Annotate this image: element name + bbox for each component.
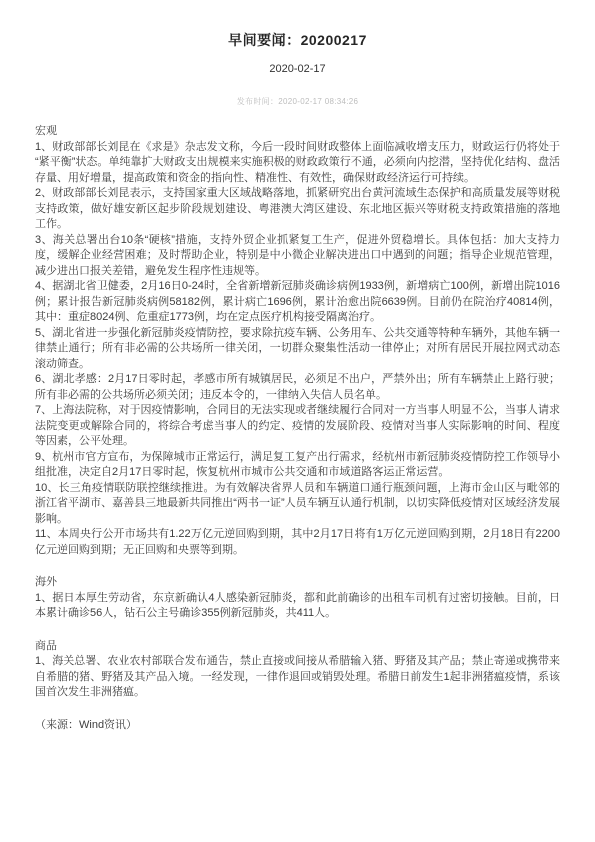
- news-item: 5、湖北省进一步强化新冠肺炎疫情防控，要求除抗疫车辆、公务用车、公共交通等特种车…: [35, 326, 560, 373]
- news-item: 1、据日本厚生劳动省，东京新确认4人感染新冠肺炎，都和此前确诊的出租车司机有过密…: [35, 591, 560, 622]
- news-item: 7、上海法院称，对于因疫情影响，合同目的无法实现或者继续履行合同对一方当事人明显…: [35, 403, 560, 450]
- section-heading-commodities: 商品: [35, 639, 560, 655]
- news-item: 1、财政部部长刘昆在《求是》杂志发文称，今后一段时间财政整体上面临减收增支压力，…: [35, 140, 560, 187]
- publish-time-label: 发布时间：: [237, 97, 279, 106]
- news-item: 2、财政部部长刘昆表示，支持国家重大区域战略落地，抓紧研究出台黄河流域生态保护和…: [35, 186, 560, 233]
- source-attribution: （来源：Wind资讯）: [35, 718, 560, 734]
- news-item: 4、据湖北省卫健委，2月16日0-24时，全省新增新冠肺炎确诊病例1933例，新…: [35, 279, 560, 326]
- publish-time-value: 2020-02-17 08:34:26: [278, 97, 358, 106]
- section-overseas: 海外 1、据日本厚生劳动省，东京新确认4人感染新冠肺炎，都和此前确诊的出租车司机…: [35, 575, 560, 622]
- section-heading-overseas: 海外: [35, 575, 560, 591]
- news-item: 6、湖北孝感：2月17日零时起，孝感市所有城镇居民，必须足不出户，严禁外出；所有…: [35, 372, 560, 403]
- section-commodities: 商品 1、海关总署、农业农村部联合发布通告，禁止直接或间接从希腊输入猪、野猪及其…: [35, 639, 560, 701]
- news-item: 9、杭州市官方宣布，为保障城市正常运行，满足复工复产出行需求，经杭州市新冠肺炎疫…: [35, 450, 560, 481]
- document-page: 早间要闻：20200217 2020-02-17 发布时间：2020-02-17…: [0, 0, 595, 842]
- news-item: 3、海关总署出台10条“硬核”措施，支持外贸企业抓紧复工生产，促进外贸稳增长。具…: [35, 233, 560, 280]
- news-item: 11、本周央行公开市场共有1.22万亿元逆回购到期，其中2月17日将有1万亿元逆…: [35, 527, 560, 558]
- section-heading-macro: 宏观: [35, 124, 560, 140]
- news-item: 10、长三角疫情联防联控继续推进。为有效解决省界人员和车辆道口通行瓶颈问题，上海…: [35, 481, 560, 528]
- section-macro: 宏观 1、财政部部长刘昆在《求是》杂志发文称，今后一段时间财政整体上面临减收增支…: [35, 124, 560, 558]
- publish-time-line: 发布时间：2020-02-17 08:34:26: [35, 96, 560, 107]
- news-item: 1、海关总署、农业农村部联合发布通告，禁止直接或间接从希腊输入猪、野猪及其产品；…: [35, 654, 560, 701]
- document-date: 2020-02-17: [35, 63, 560, 75]
- page-title: 早间要闻：20200217: [35, 30, 560, 50]
